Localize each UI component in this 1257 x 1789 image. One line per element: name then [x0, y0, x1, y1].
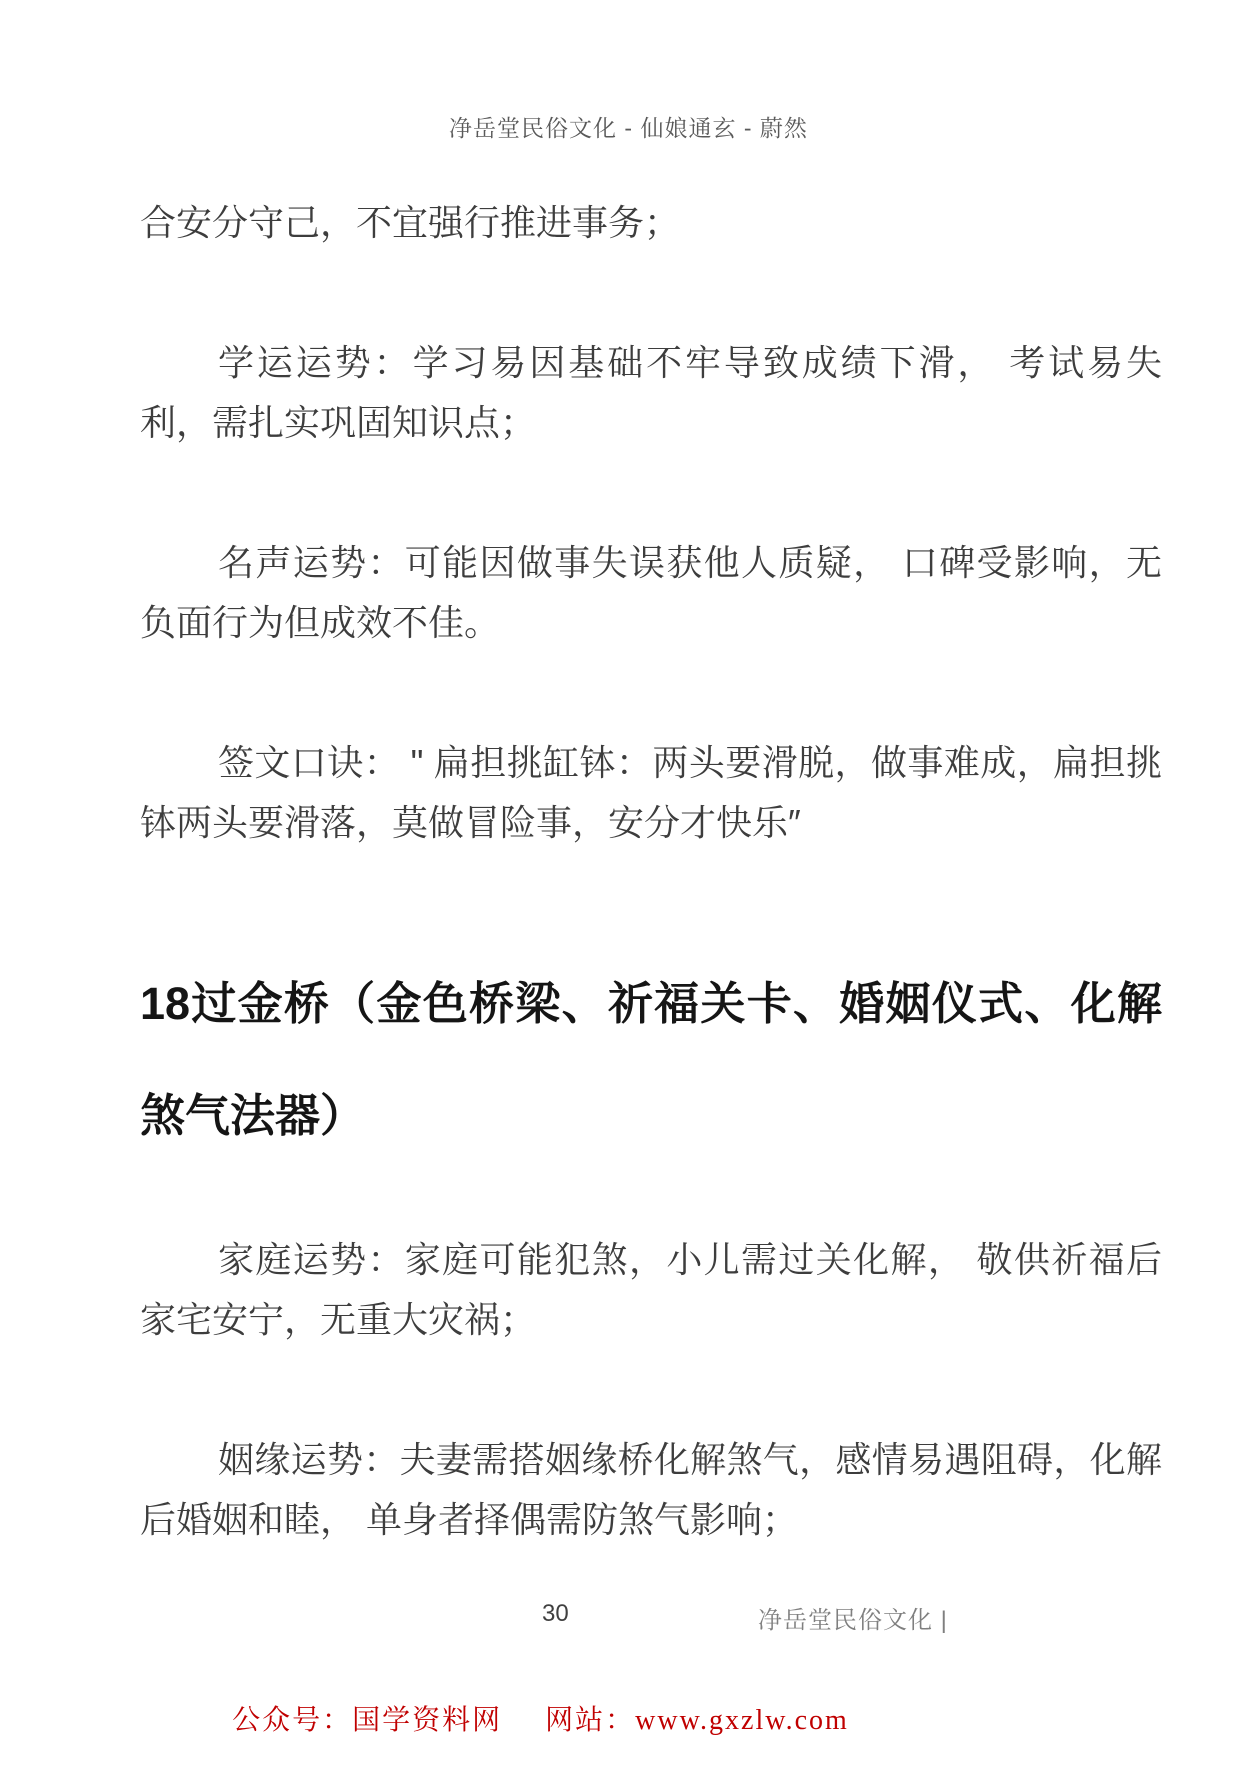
page-header-title: 净岳堂民俗文化 - 仙娘通玄 - 蔚然	[0, 0, 1257, 143]
paragraph-family-fortune: 家庭运势：家庭可能犯煞，小儿需过关化解， 敬供祈福后家宅安宁，无重大灾祸；	[140, 1230, 1162, 1350]
banner-website: 网站：www.gxzlw.com	[545, 1705, 849, 1736]
paragraph-continuation: 合安分守己，不宜强行推进事务；	[140, 193, 1162, 253]
bottom-banner: 公众号：国学资料网 网站：www.gxzlw.com	[0, 1698, 1257, 1738]
document-page: 净岳堂民俗文化 - 仙娘通玄 - 蔚然 合安分守己，不宜强行推进事务； 学运运势…	[0, 0, 1257, 1789]
banner-public-account: 公众号：国学资料网	[232, 1705, 502, 1736]
section-heading: 18过金桥（金色桥梁、祈福关卡、婚姻仪式、化解煞气法器）	[140, 948, 1162, 1172]
paragraph-marriage-fortune: 姻缘运势：夫妻需搭姻缘桥化解煞气，感情易遇阻碍，化解后婚姻和睦， 单身者择偶需防…	[140, 1430, 1162, 1550]
paragraph-lot-verse: 签文口诀： " 扁担挑缸钵：两头要滑脱，做事难成，扁担挑钵两头要滑落，莫做冒险事…	[140, 733, 1162, 853]
page-footer: 30 净岳堂民俗文化 |	[0, 1600, 1257, 1640]
footer-brand: 净岳堂民俗文化 |	[758, 1600, 948, 1635]
document-body: 合安分守己，不宜强行推进事务； 学运运势：学习易因基础不牢导致成绩下滑， 考试易…	[0, 193, 1257, 1550]
page-number: 30	[542, 1600, 569, 1628]
paragraph-reputation-fortune: 名声运势：可能因做事失误获他人质疑， 口碑受影响，无负面行为但成效不佳。	[140, 533, 1162, 653]
paragraph-study-fortune: 学运运势：学习易因基础不牢导致成绩下滑， 考试易失利，需扎实巩固知识点；	[140, 333, 1162, 453]
